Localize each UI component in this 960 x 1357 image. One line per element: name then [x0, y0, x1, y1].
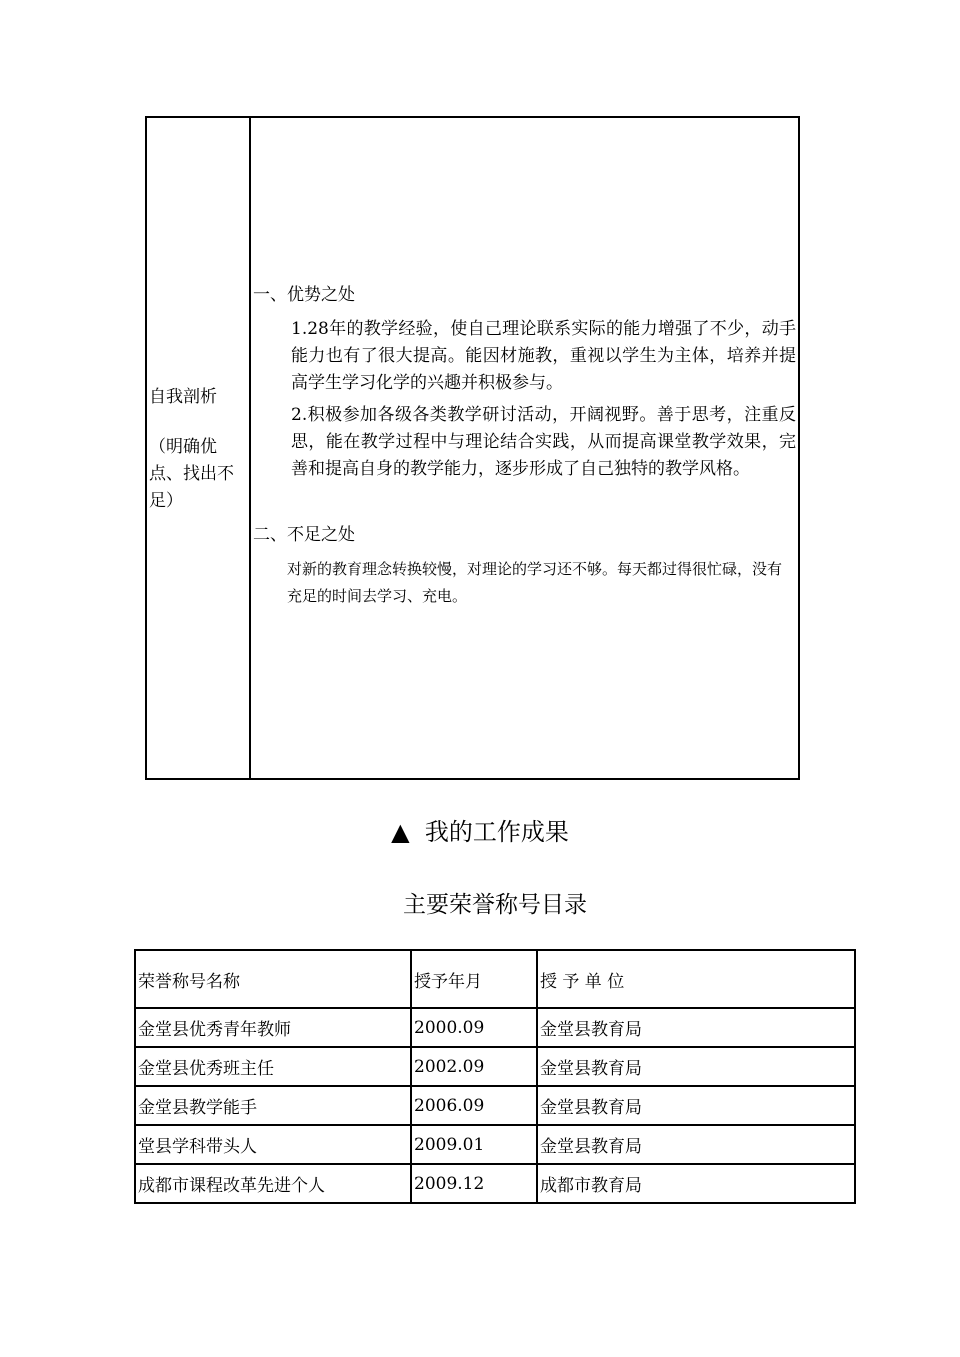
- table-row: 金堂县教学能手 2006.09 金堂县教育局: [135, 1086, 855, 1125]
- honor-name: 堂县学科带头人: [135, 1125, 411, 1164]
- section-title-text: 我的工作成果: [425, 818, 569, 846]
- self-analysis-table: 自我剖析 （明确优 点、找出不 足） 一、优势之处 1.28年的教学经验，使自己…: [145, 116, 800, 780]
- table-row: 成都市课程改革先进个人 2009.12 成都市教育局: [135, 1164, 855, 1203]
- honor-date: 2009.12: [411, 1164, 537, 1203]
- section-title: ▲ 我的工作成果: [0, 812, 960, 847]
- honor-date: 2009.01: [411, 1125, 537, 1164]
- honor-issuer: 金堂县教育局: [537, 1008, 855, 1047]
- header-issuer: 授 予 单 位: [537, 950, 855, 1008]
- honors-header-row: 荣誉称号名称 授予年月 授 予 单 位: [135, 950, 855, 1008]
- self-analysis-content-cell: 一、优势之处 1.28年的教学经验，使自己理论联系实际的能力增强了不少，动手能力…: [251, 118, 798, 778]
- triangle-icon: ▲: [391, 818, 409, 846]
- honor-date: 2006.09: [411, 1086, 537, 1125]
- self-analysis-note-2: 点、找出不: [149, 461, 234, 488]
- honor-date: 2002.09: [411, 1047, 537, 1086]
- honor-name: 金堂县教学能手: [135, 1086, 411, 1125]
- honor-issuer: 成都市教育局: [537, 1164, 855, 1203]
- weakness-item-1: 对新的教育理念转换较慢，对理论的学习还不够。每天都过得很忙碌，没有充足的时间去学…: [287, 556, 796, 610]
- honor-issuer: 金堂县教育局: [537, 1125, 855, 1164]
- table-row: 金堂县优秀班主任 2002.09 金堂县教育局: [135, 1047, 855, 1086]
- strength-item-2: 2.积极参加各级各类教学研讨活动，开阔视野。善于思考，注重反思，能在教学过程中与…: [291, 402, 796, 483]
- honors-table: 荣誉称号名称 授予年月 授 予 单 位 金堂县优秀青年教师 2000.09 金堂…: [134, 949, 856, 1204]
- honor-date: 2000.09: [411, 1008, 537, 1047]
- self-analysis-note-1: （明确优: [149, 434, 217, 461]
- strengths-heading: 一、优势之处: [253, 280, 355, 305]
- header-date: 授予年月: [411, 950, 537, 1008]
- self-analysis-label-cell: 自我剖析 （明确优 点、找出不 足）: [147, 118, 251, 778]
- strength-item-1: 1.28年的教学经验，使自己理论联系实际的能力增强了不少，动手能力也有了很大提高…: [291, 316, 796, 397]
- honor-name: 金堂县优秀青年教师: [135, 1008, 411, 1047]
- honor-issuer: 金堂县教育局: [537, 1086, 855, 1125]
- honor-issuer: 金堂县教育局: [537, 1047, 855, 1086]
- honor-name: 金堂县优秀班主任: [135, 1047, 411, 1086]
- self-analysis-label: 自我剖析: [149, 384, 217, 411]
- honor-name: 成都市课程改革先进个人: [135, 1164, 411, 1203]
- table-row: 金堂县优秀青年教师 2000.09 金堂县教育局: [135, 1008, 855, 1047]
- honors-title: 主要荣誉称号目录: [0, 886, 960, 919]
- header-honor-name: 荣誉称号名称: [135, 950, 411, 1008]
- table-row: 堂县学科带头人 2009.01 金堂县教育局: [135, 1125, 855, 1164]
- self-analysis-note-3: 足）: [149, 488, 183, 515]
- weakness-heading: 二、不足之处: [253, 520, 355, 545]
